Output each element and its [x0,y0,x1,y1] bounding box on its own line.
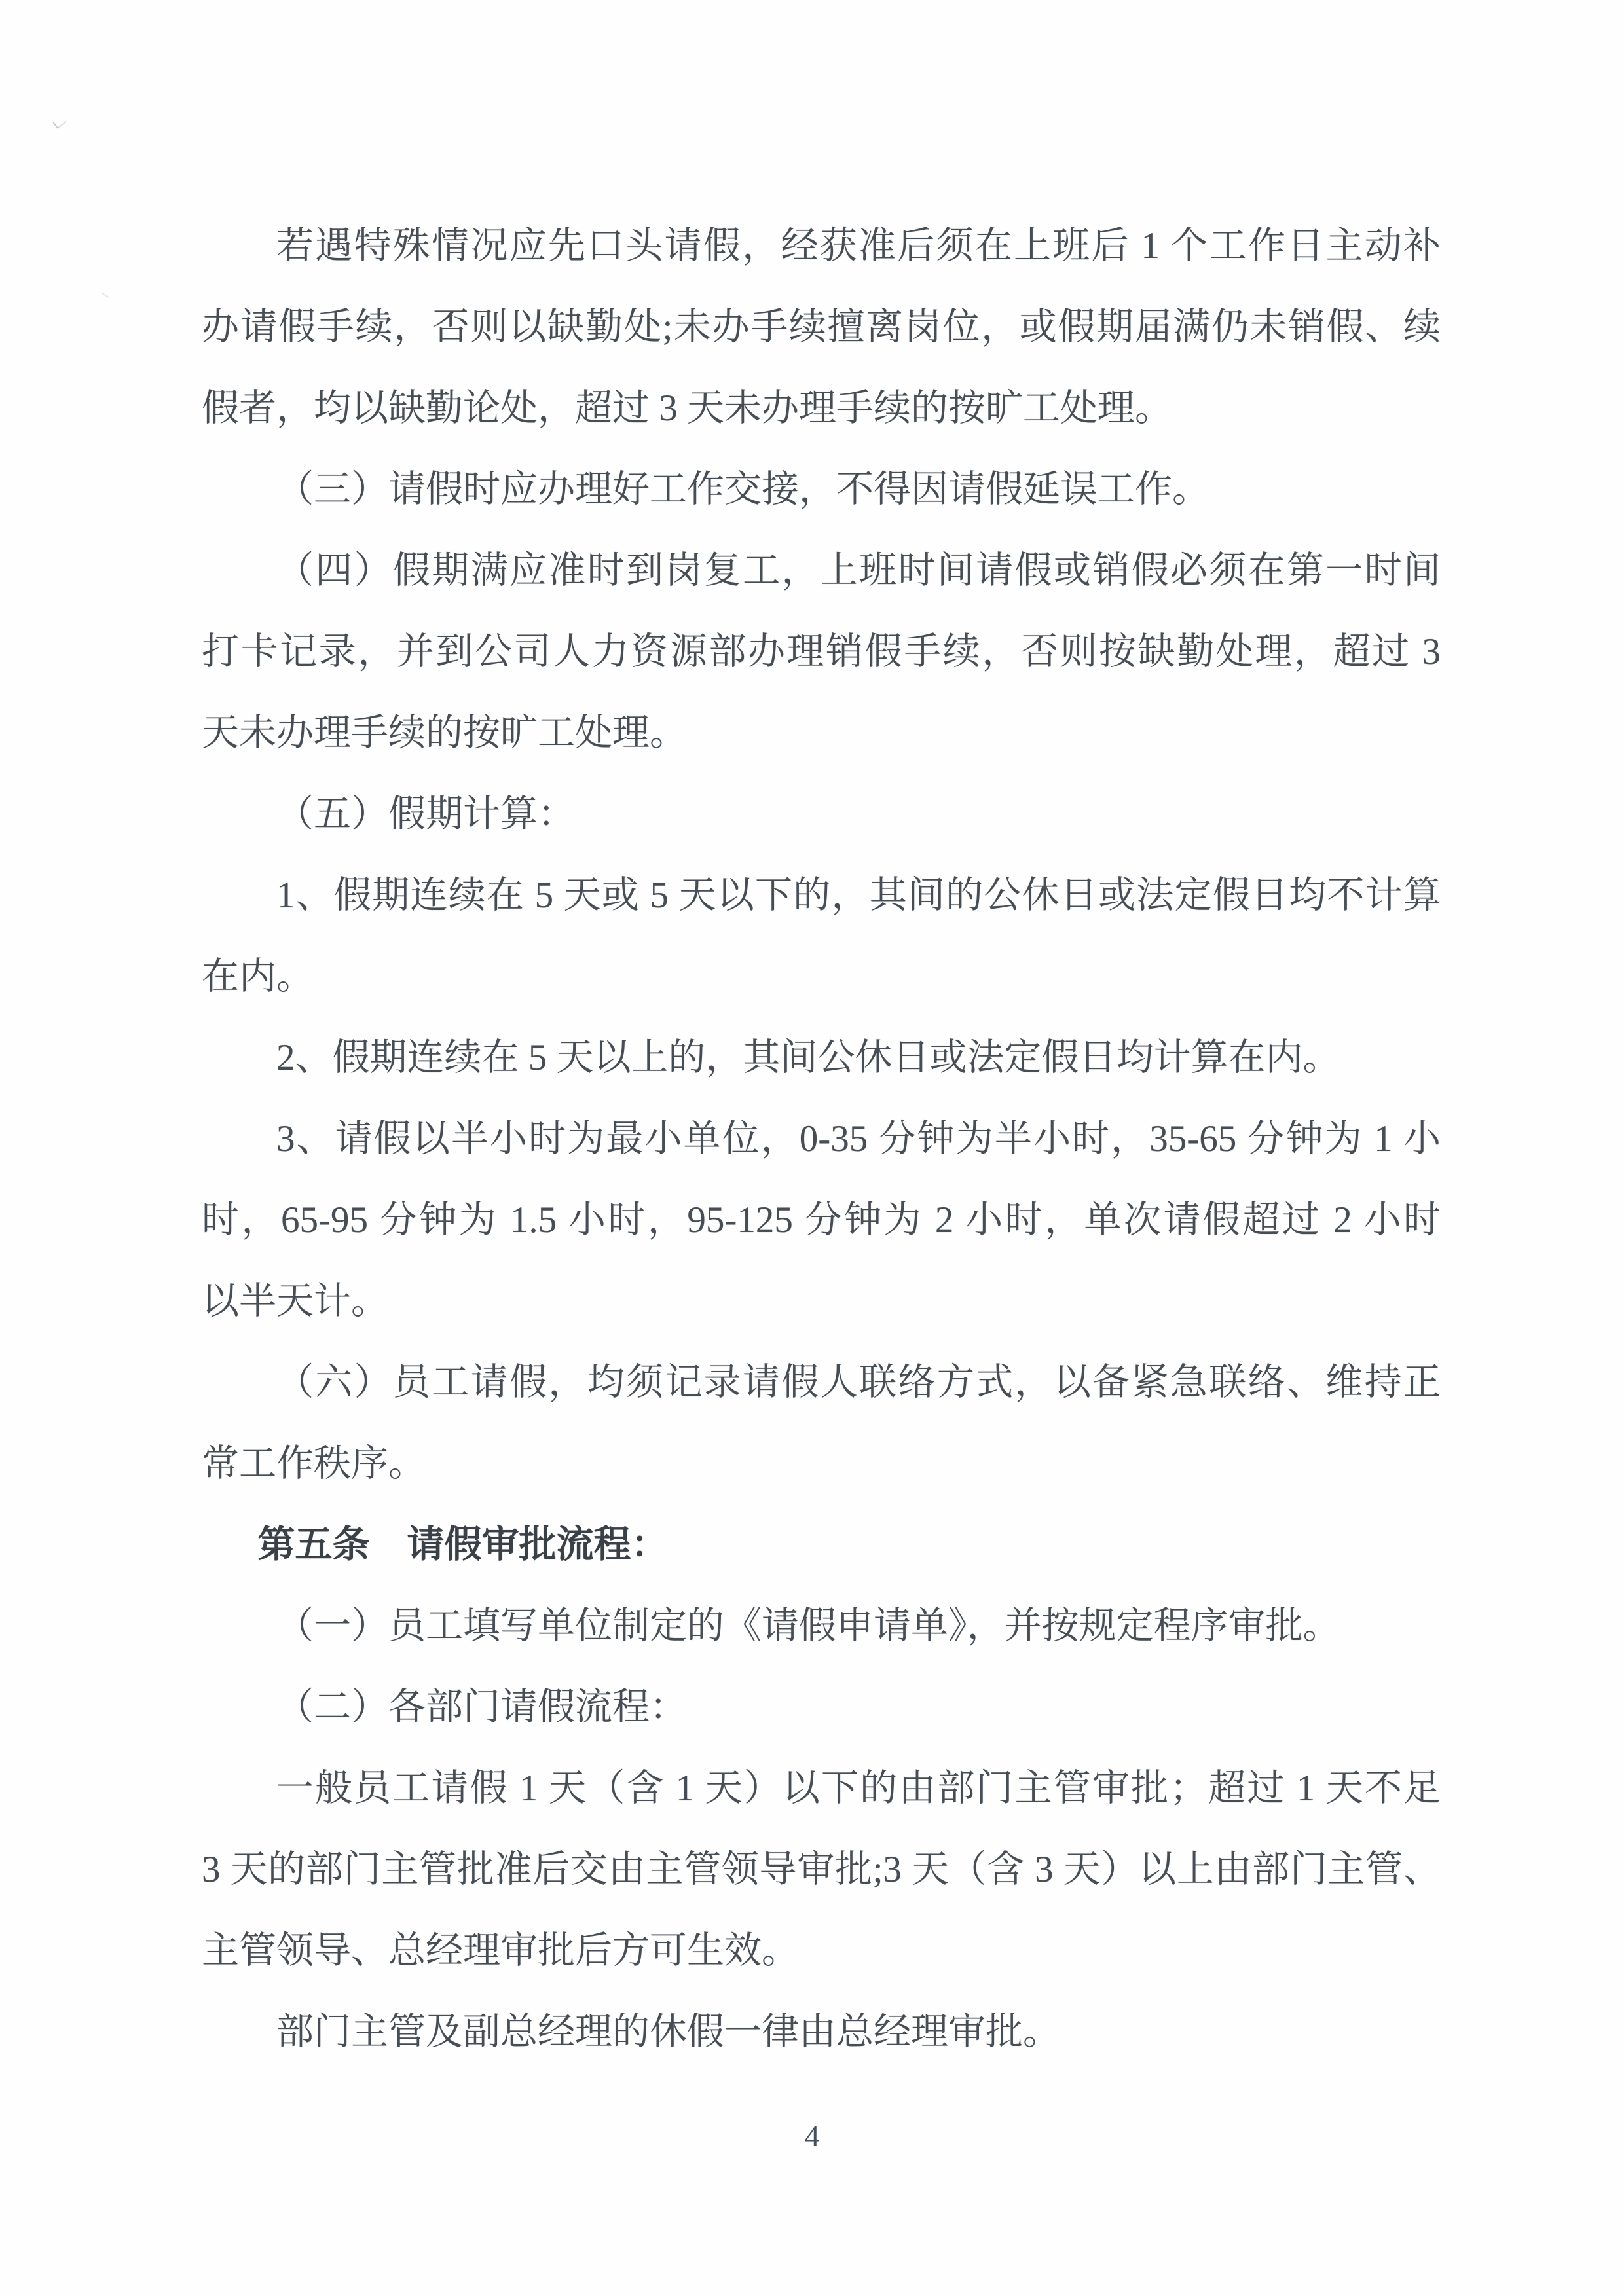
document-paragraph: （一）员工填写单位制定的《请假申请单》，并按规定程序审批。 [202,1586,1441,1667]
text-line: （五）假期计算： [202,774,1441,855]
text-line: （二）各部门请假流程： [202,1667,1441,1748]
text-line: 主管领导、总经理审批后方可生效。 [202,1910,1441,1992]
document-paragraph: （六）员工请假，均须记录请假人联络方式，以备紧急联络、维持正 常工作秩序。 [202,1342,1441,1504]
document-paragraph: 3、请假以半小时为最小单位，0-35 分钟为半小时，35-65 分钟为 1 小 … [202,1099,1441,1342]
text-line: 1、假期连续在 5 天或 5 天以下的，其间的公休日或法定假日均不计算 [202,855,1441,936]
document-paragraph: 若遇特殊情况应先口头请假，经获准后须在上班后 1 个工作日主动补 办请假手续，否… [202,206,1441,449]
document-paragraph: 一般员工请假 1 天（含 1 天）以下的由部门主管审批；超过 1 天不足 3 天… [202,1748,1441,1992]
document-page: 若遇特殊情况应先口头请假，经获准后须在上班后 1 个工作日主动补 办请假手续，否… [0,0,1624,2296]
text-line: 打卡记录，并到公司人力资源部办理销假手续，否则按缺勤处理，超过 3 [202,611,1441,693]
text-line: 天未办理手续的按旷工处理。 [202,693,1441,774]
text-line: （六）员工请假，均须记录请假人联络方式，以备紧急联络、维持正 [202,1342,1441,1423]
text-line: 3、请假以半小时为最小单位，0-35 分钟为半小时，35-65 分钟为 1 小 [202,1099,1441,1180]
text-line: 若遇特殊情况应先口头请假，经获准后须在上班后 1 个工作日主动补 [202,206,1441,287]
page-number: 4 [0,2119,1624,2153]
text-line: 一般员工请假 1 天（含 1 天）以下的由部门主管审批；超过 1 天不足 [202,1748,1441,1829]
section-heading: 第五条 请假审批流程： [202,1504,1441,1586]
text-line: 以半天计。 [202,1261,1441,1342]
text-line: 办请假手续，否则以缺勤处;未办手续擅离岗位，或假期届满仍未销假、续 [202,287,1441,368]
text-line: 在内。 [202,936,1441,1017]
text-line: 部门主管及副总经理的休假一律由总经理审批。 [202,1992,1441,2073]
text-line: 常工作秩序。 [202,1423,1441,1504]
text-line: 假者，均以缺勤论处，超过 3 天未办理手续的按旷工处理。 [202,368,1441,449]
scan-artifact [52,115,67,129]
document-paragraph: 部门主管及副总经理的休假一律由总经理审批。 [202,1992,1441,2073]
document-paragraph: （二）各部门请假流程： [202,1667,1441,1748]
document-paragraph: （三）请假时应办理好工作交接，不得因请假延误工作。 [202,449,1441,530]
document-paragraph: （四）假期满应准时到岗复工，上班时间请假或销假必须在第一时间 打卡记录，并到公司… [202,530,1441,774]
document-paragraph: 2、假期连续在 5 天以上的，其间公休日或法定假日均计算在内。 [202,1017,1441,1099]
document-paragraph: 1、假期连续在 5 天或 5 天以下的，其间的公休日或法定假日均不计算 在内。 [202,855,1441,1017]
text-line: 3 天的部门主管批准后交由主管领导审批;3 天（含 3 天）以上由部门主管、 [202,1829,1441,1910]
scan-artifact [101,293,109,298]
text-line: 2、假期连续在 5 天以上的，其间公休日或法定假日均计算在内。 [202,1017,1441,1099]
text-line: （四）假期满应准时到岗复工，上班时间请假或销假必须在第一时间 [202,530,1441,611]
document-paragraph: （五）假期计算： [202,774,1441,855]
document-body: 若遇特殊情况应先口头请假，经获准后须在上班后 1 个工作日主动补 办请假手续，否… [202,206,1441,2073]
text-line: （一）员工填写单位制定的《请假申请单》，并按规定程序审批。 [202,1586,1441,1667]
text-line: 时，65-95 分钟为 1.5 小时，95-125 分钟为 2 小时，单次请假超… [202,1180,1441,1261]
text-line: （三）请假时应办理好工作交接，不得因请假延误工作。 [202,449,1441,530]
document-paragraph: 第五条 请假审批流程： [202,1504,1441,1586]
